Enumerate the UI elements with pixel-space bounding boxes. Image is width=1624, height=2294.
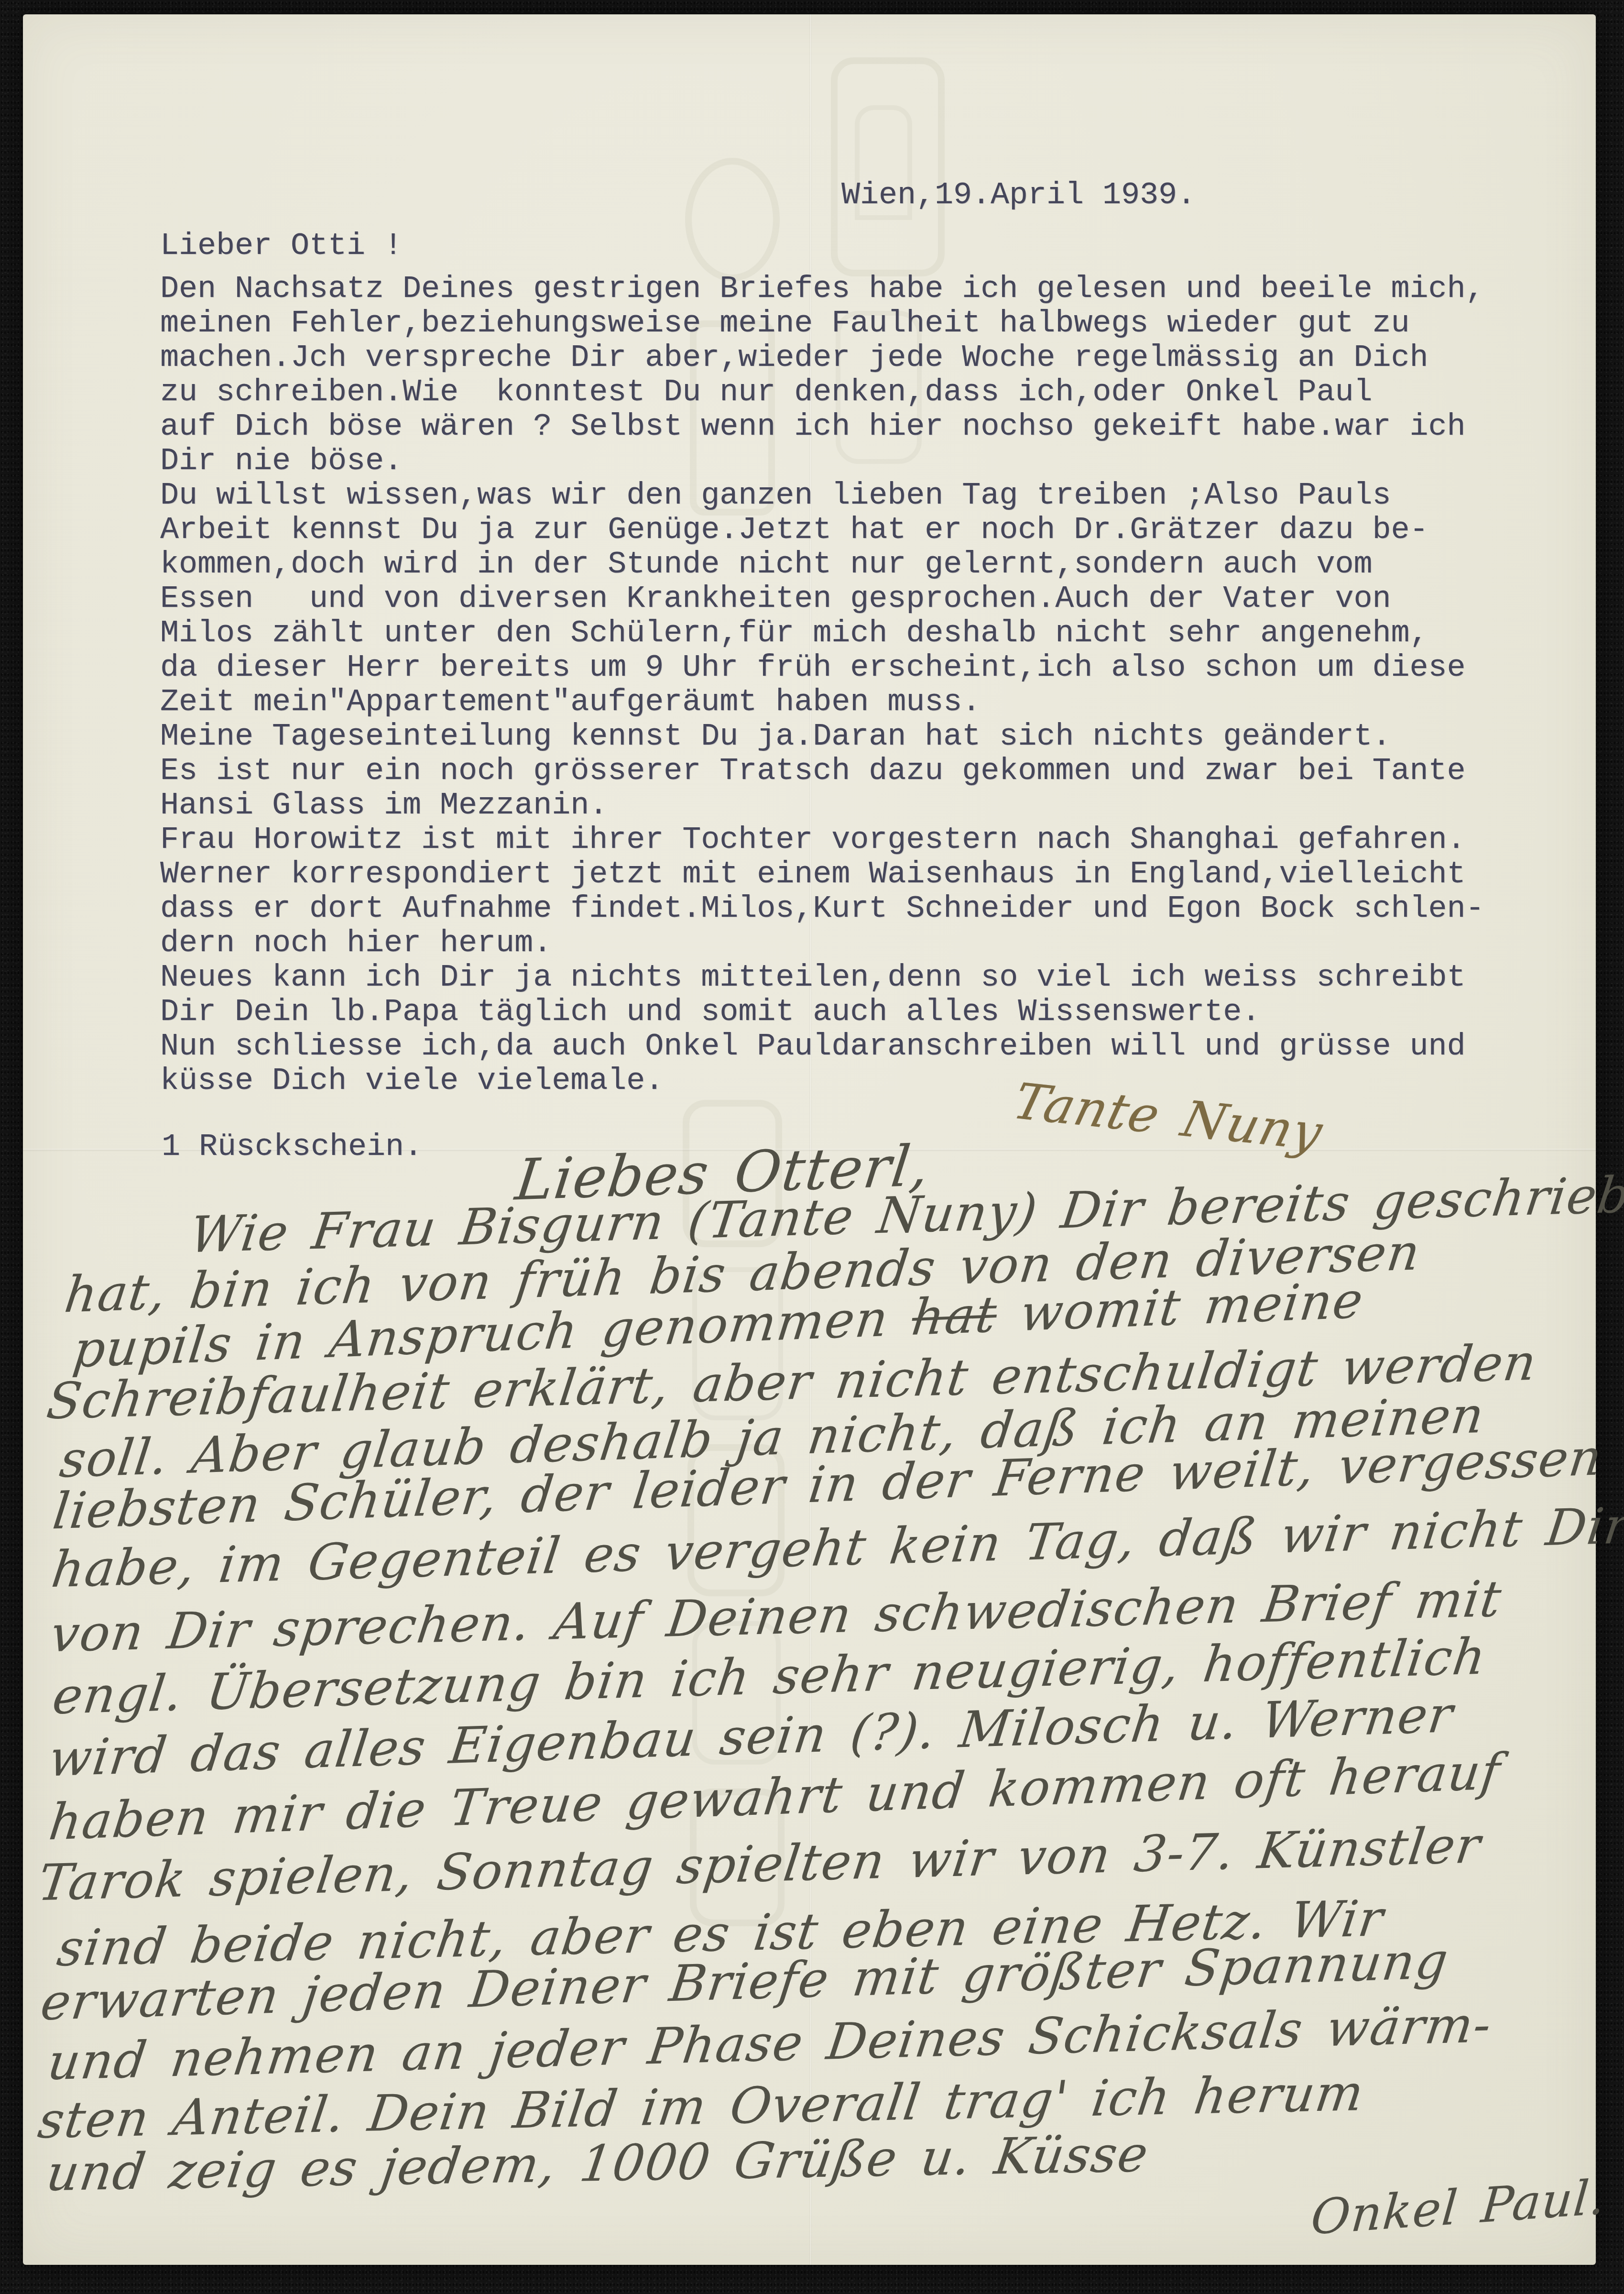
struck-word: hat bbox=[909, 1285, 1000, 1347]
handwritten-body: Wie Frau Bisgurn (Tante Nuny) Dir bereit… bbox=[23, 14, 1596, 2265]
scan-background: Wien,19.April 1939. Lieber Otti ! Den Na… bbox=[0, 0, 1624, 2294]
letter-page: Wien,19.April 1939. Lieber Otti ! Den Na… bbox=[23, 14, 1596, 2265]
